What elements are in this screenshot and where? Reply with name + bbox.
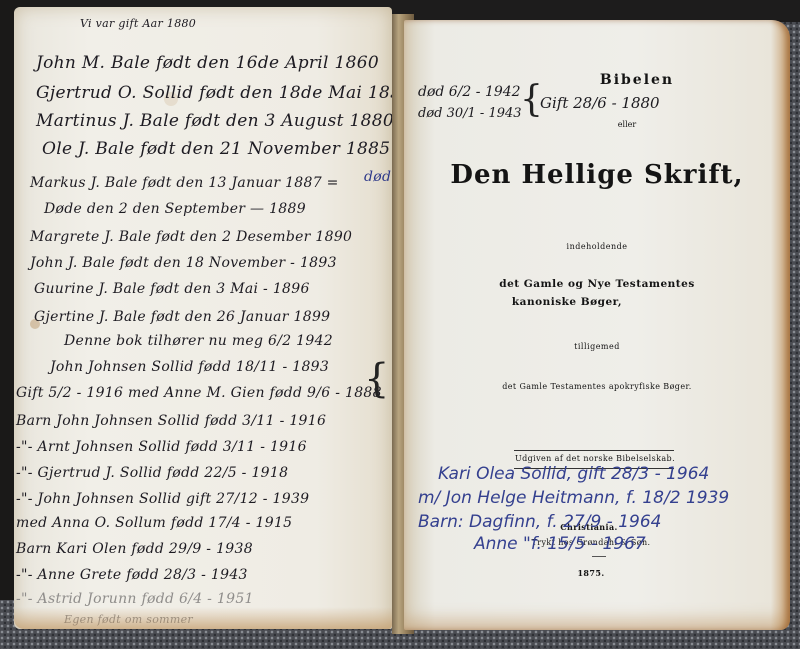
record-line: Martinus J. Bale født den 3 August 1880 — [36, 111, 394, 131]
record-line: John J. Bale født den 18 November - 1893 — [30, 255, 337, 271]
bracket: { — [364, 359, 389, 399]
record-line: John M. Bale født den 16de April 1860 — [36, 53, 379, 73]
year: 1875. — [398, 568, 784, 578]
divider — [514, 450, 674, 451]
subtitle-tilligemed: tilligemed — [404, 342, 790, 351]
blue-ink-note: Anne "f. 15/5 - 1967 — [474, 534, 646, 554]
record-line: -"- Arnt Johnsen Sollid fødd 3/11 - 1916 — [16, 439, 307, 455]
record-line: med Anna O. Sollum fødd 17/4 - 1915 — [16, 515, 292, 531]
title-bibelen: Bibelen — [444, 72, 800, 88]
title-eller: eller — [434, 120, 800, 129]
record-line: -"- Gjertrud J. Sollid fødd 22/5 - 1918 — [16, 465, 288, 481]
record-line: Gjertrud O. Sollid født den 18de Mai 185… — [36, 83, 424, 103]
record-line: -"- Anne Grete fødd 28/3 - 1943 — [16, 567, 248, 583]
subtitle-testaments: det Gamle og Nye Testamentes — [404, 278, 790, 290]
record-line: Guurine J. Bale født den 3 Mai - 1896 — [34, 281, 310, 297]
blue-ink-note: Kari Olea Sollid, gift 28/3 - 1964 — [438, 464, 709, 484]
record-line: Margrete J. Bale født den 2 Desember 189… — [30, 229, 352, 245]
subtitle-indeholdende: indeholdende — [404, 242, 790, 251]
torn-edge — [14, 607, 392, 629]
record-line: Barn Kari Olen fødd 29/9 - 1938 — [16, 541, 253, 557]
record-line: Markus J. Bale født den 13 Januar 1887 = — [30, 175, 339, 191]
record-line: Gift 5/2 - 1916 med Anne M. Gien fødd 9/… — [16, 385, 382, 401]
ownership-note: Denne bok tilhører nu meg 6/2 1942 — [64, 333, 333, 349]
death-note: død 30/1 - 1943 — [418, 106, 522, 121]
blue-ink-note: Barn: Dagfinn, f. 27/9 - 1964 — [418, 512, 662, 532]
record-line: John Johnsen Sollid fødd 18/11 - 1893 — [50, 359, 329, 375]
publisher: Udgiven af det norske Bibelselskab. — [402, 454, 788, 463]
record-line: Døde den 2 den September — 1889 — [44, 201, 306, 217]
divider — [592, 556, 606, 557]
right-page: død 6/2 - 1942 død 30/1 - 1943 { Gift 28… — [404, 20, 790, 630]
death-note: død — [364, 169, 391, 185]
record-line: Barn John Johnsen Sollid fødd 3/11 - 191… — [16, 413, 326, 429]
header-note: Vi var gift Aar 1880 — [80, 17, 196, 30]
title-main: Den Hellige Skrift, — [404, 160, 790, 190]
left-page: Vi var gift Aar 1880 John M. Bale født d… — [14, 7, 392, 629]
subtitle-apokryfiske: det Gamle Testamentes apokryfiske Bøger. — [404, 382, 790, 391]
pencil-record-line: -"- Astrid Jorunn fødd 6/4 - 1951 — [16, 591, 254, 607]
marriage-note: Gift 28/6 - 1880 — [540, 94, 660, 112]
blue-ink-note: m/ Jon Helge Heitmann, f. 18/2 1939 — [418, 488, 729, 508]
record-line: Ole J. Bale født den 21 November 1885 — [42, 139, 390, 159]
record-line: -"- John Johnsen Sollid gift 27/12 - 193… — [16, 491, 309, 507]
record-line: Gjertine J. Bale født den 26 Januar 1899 — [34, 309, 330, 325]
subtitle-kanoniske: kanoniske Bøger, — [374, 296, 760, 308]
